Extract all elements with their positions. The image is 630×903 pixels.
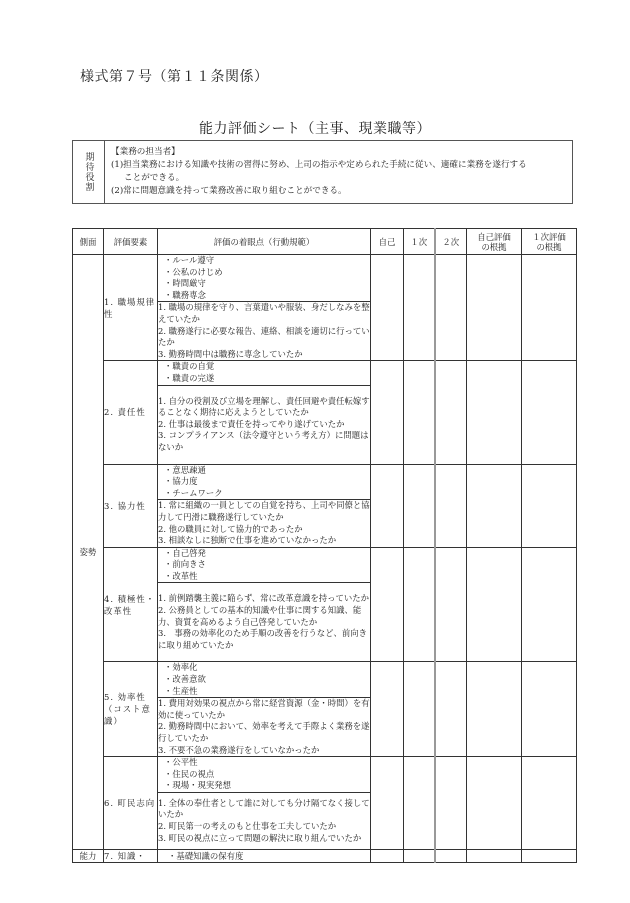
- table-header-row: 側面 評価要素 評価の着眼点（行動規範） 自己 １次 ２次 自己評価の根拠 １次…: [73, 229, 577, 255]
- score-first[interactable]: [404, 662, 435, 757]
- table-row: 2. 責任性 ・職責の自覚・職責の完遂: [73, 361, 577, 385]
- table-row: 能力 7. 知識・ ・基礎知識の保有度: [73, 850, 577, 863]
- table-row: 4. 積極性・改革性 ・自己啓発・前向きさ・改革性: [73, 547, 577, 583]
- score-second[interactable]: [435, 662, 467, 757]
- criteria: 1. 自分の役割及び立場を理解し、責任回避や責任転嫁することなく期待に応えようと…: [158, 385, 371, 464]
- element-label: 4. 積極性・改革性: [104, 547, 158, 662]
- self-basis[interactable]: [467, 255, 522, 361]
- expected-role-box: 期待役割 【業務の担当者】 (1)担当業務における知識や技術の習得に努め、上司の…: [72, 140, 573, 204]
- criteria: 1. 前例踏襲主義に陥らず、常に改革意識を持っていたか2. 公務員としての基本的…: [158, 583, 371, 662]
- criteria: 1. 常に組織の一員としての自覚を持ち、上司や同僚と協力して円滑に職務遂行してい…: [158, 500, 371, 547]
- role-item-1: (1)担当業務における知識や技術の習得に努め、上司の指示や定められた手続に従い、…: [111, 159, 566, 172]
- header-points: 評価の着眼点（行動規範）: [158, 229, 371, 255]
- criteria: 1. 費用対効果の視点から常に経営資源（金・時間）を有効に使っていたか2. 勤務…: [158, 698, 371, 757]
- bullet-points: ・自己啓発・前向きさ・改革性: [158, 547, 371, 583]
- score-first[interactable]: [404, 361, 435, 464]
- score-self[interactable]: [371, 757, 404, 850]
- first-basis[interactable]: [522, 464, 577, 547]
- role-heading: 【業務の担当者】: [111, 146, 566, 159]
- side-attitude: 姿勢: [73, 255, 104, 850]
- page-title: 能力評価シート（主事、現業職等）: [0, 118, 630, 138]
- score-self[interactable]: [371, 850, 404, 863]
- bullet-points: ・意思疎通・協力度・チームワーク: [158, 464, 371, 500]
- score-first[interactable]: [404, 464, 435, 547]
- score-second[interactable]: [435, 757, 467, 850]
- bullet-points: ・公平性・住民の視点・現場・現実発想: [158, 757, 371, 793]
- score-self[interactable]: [371, 662, 404, 757]
- score-first[interactable]: [404, 850, 435, 863]
- score-self[interactable]: [371, 547, 404, 662]
- score-self[interactable]: [371, 255, 404, 361]
- first-basis[interactable]: [522, 757, 577, 850]
- score-self[interactable]: [371, 464, 404, 547]
- score-second[interactable]: [435, 850, 467, 863]
- self-basis[interactable]: [467, 547, 522, 662]
- score-second[interactable]: [435, 255, 467, 361]
- bullet-points: ・職責の自覚・職責の完遂: [158, 361, 371, 385]
- criteria: 1. 職場の規律を守り、言葉遣いや服装、身だしなみを整えていたか2. 職務遂行に…: [158, 302, 371, 361]
- bullet-points: ・ルール遵守・公私のけじめ・時間厳守・職務専念: [158, 255, 371, 302]
- form-number: 様式第７号（第１１条関係）: [80, 66, 269, 86]
- element-label: 5. 効率性（コスト意識）: [104, 662, 158, 757]
- element-label: 1. 職場規律性: [104, 255, 158, 361]
- self-basis[interactable]: [467, 850, 522, 863]
- first-basis[interactable]: [522, 255, 577, 361]
- score-self[interactable]: [371, 361, 404, 464]
- element-label: 6. 町民志向: [104, 757, 158, 850]
- header-element: 評価要素: [104, 229, 158, 255]
- header-first: １次: [404, 229, 435, 255]
- criteria: 1. 全体の奉仕者として誰に対しても分け隔てなく接していたか2. 町民第一の考え…: [158, 793, 371, 850]
- self-basis[interactable]: [467, 662, 522, 757]
- table-row: 5. 効率性（コスト意識） ・効率化・改善意欲・生産性: [73, 662, 577, 698]
- score-second[interactable]: [435, 464, 467, 547]
- table-row: 6. 町民志向 ・公平性・住民の視点・現場・現実発想: [73, 757, 577, 793]
- self-basis[interactable]: [467, 361, 522, 464]
- score-first[interactable]: [404, 547, 435, 662]
- score-second[interactable]: [435, 361, 467, 464]
- header-side: 側面: [73, 229, 104, 255]
- header-self: 自己: [371, 229, 404, 255]
- element-label: 3. 協力性: [104, 464, 158, 547]
- bullet-points: ・基礎知識の保有度: [158, 850, 371, 863]
- table-row: 姿勢 1. 職場規律性 ・ルール遵守・公私のけじめ・時間厳守・職務専念: [73, 255, 577, 302]
- self-basis[interactable]: [467, 464, 522, 547]
- score-first[interactable]: [404, 757, 435, 850]
- evaluation-table: 側面 評価要素 評価の着眼点（行動規範） 自己 １次 ２次 自己評価の根拠 １次…: [72, 228, 577, 863]
- role-item-1-cont: ことができる。: [111, 172, 566, 185]
- table-row: 3. 協力性 ・意思疎通・協力度・チームワーク: [73, 464, 577, 500]
- self-basis[interactable]: [467, 757, 522, 850]
- score-second[interactable]: [435, 547, 467, 662]
- bullet-points: ・効率化・改善意欲・生産性: [158, 662, 371, 698]
- header-self-basis: 自己評価の根拠: [467, 229, 522, 255]
- element-label: 7. 知識・: [104, 850, 158, 863]
- first-basis[interactable]: [522, 361, 577, 464]
- expected-role-label: 期待役割: [73, 141, 105, 203]
- score-first[interactable]: [404, 255, 435, 361]
- expected-role-content: 【業務の担当者】 (1)担当業務における知識や技術の習得に努め、上司の指示や定め…: [105, 141, 572, 203]
- first-basis[interactable]: [522, 850, 577, 863]
- header-second: ２次: [435, 229, 467, 255]
- header-first-basis: １次評価の根拠: [522, 229, 577, 255]
- side-ability: 能力: [73, 850, 104, 863]
- first-basis[interactable]: [522, 547, 577, 662]
- role-item-2: (2)常に問題意識を持って業務改善に取り組むことができる。: [111, 185, 566, 198]
- element-label: 2. 責任性: [104, 361, 158, 464]
- first-basis[interactable]: [522, 662, 577, 757]
